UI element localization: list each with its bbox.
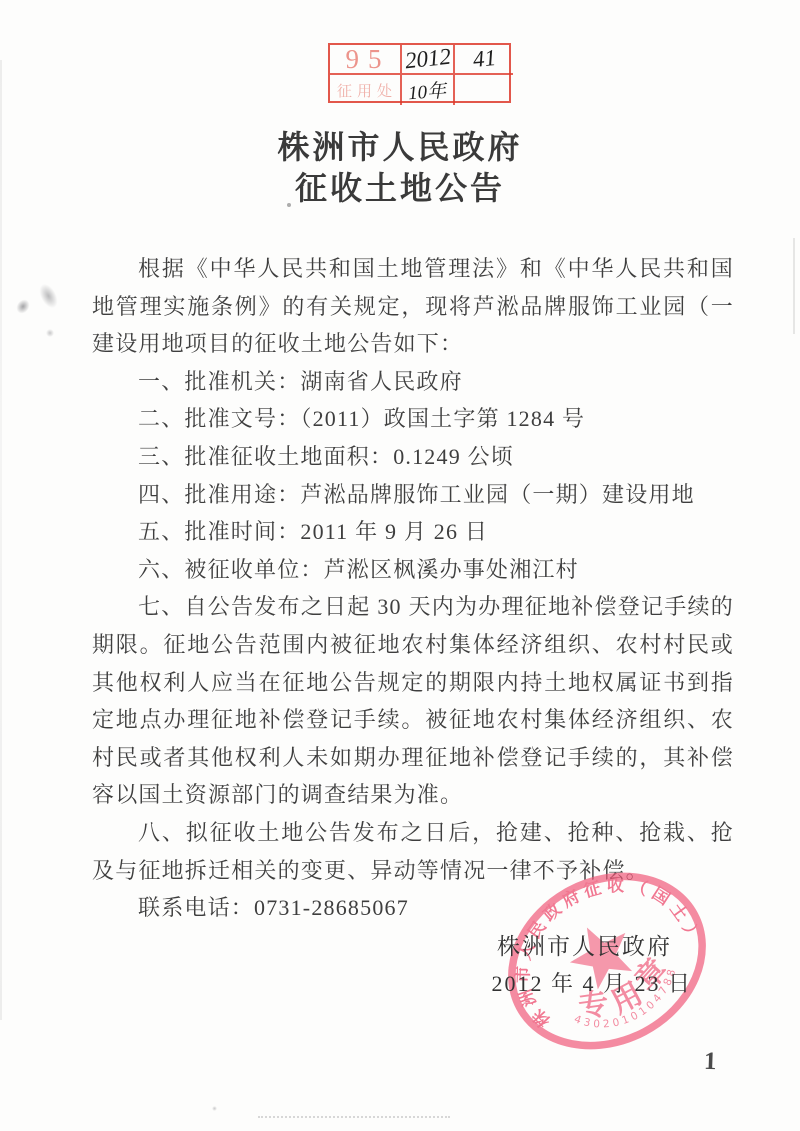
scan-edge-artifact [793, 238, 795, 334]
document-title-subject: 征收土地公告 [0, 163, 800, 209]
registry-stamp-cell: 征用处 [330, 75, 402, 105]
registry-stamp-cell: 10年 [402, 75, 455, 105]
registry-stamp-cell: 95 [330, 45, 402, 75]
body-line-item-4: 四、批准用途：芦淞品牌服饰工业园（一期）建设用地 [92, 476, 734, 514]
body-line: 建设用地项目的征收土地公告如下： [92, 325, 734, 363]
body-line-item-5: 五、批准时间：2011 年 9 月 26 日 [92, 513, 734, 551]
signature-organization: 株洲市人民政府 [497, 928, 672, 961]
scan-dotted-artifact [258, 1116, 450, 1118]
scan-smudge [14, 297, 32, 316]
registry-stamp: 95 2012 41 征用处 10年 [328, 43, 511, 103]
signature-date: 2012 年 4 月 23 日 [491, 967, 692, 998]
registry-number: 95 [340, 44, 391, 75]
scan-edge-artifact [0, 60, 2, 1020]
official-seal: 株洲市人民政府征收（国土） 专 用 章 4302010104788 [497, 871, 717, 1051]
scan-dot [287, 203, 291, 207]
registry-stamp-cell: 41 [455, 45, 513, 75]
body-line-item-7: 七、自公告发布之日起 30 天内为办理征地补偿登记手续的 [92, 588, 734, 626]
scan-smudge [212, 1106, 217, 1111]
body-line-item-1: 一、批准机关：湖南省人民政府 [92, 363, 734, 401]
registry-stamp-cell: 2012 [402, 45, 455, 75]
body-line-item-8: 八、拟征收土地公告发布之日后，抢建、抢种、抢栽、抢挖 [92, 814, 734, 852]
registry-office-label: 征用处 [333, 80, 397, 101]
body-line: 容以国土资源部门的调查结果为准。 [92, 776, 734, 814]
handwritten-duration: 10年 [408, 75, 448, 105]
document-title-issuer: 株洲市人民政府 [0, 122, 800, 168]
handwritten-number: 41 [471, 45, 497, 73]
announcement-body: 根据《中华人民共和国土地管理法》和《中华人民共和国土 地管理实施条例》的有关规定… [92, 250, 734, 927]
handwritten-year: 2012 [403, 44, 451, 75]
page-number: 1 [704, 1048, 717, 1076]
scanned-document-page: 95 2012 41 征用处 10年 株洲市人民政府 征收土地公告 根据《中华人… [0, 0, 800, 1131]
body-line: 村民或者其他权利人未如期办理征地补偿登记手续的，其补偿内 [92, 739, 734, 777]
body-line-item-2: 二、批准文号：（2011）政国土字第 1284 号 [92, 400, 734, 438]
body-line: 根据《中华人民共和国土地管理法》和《中华人民共和国土 [92, 250, 734, 288]
body-line: 期限。征地公告范围内被征地农村集体经济组织、农村村民或者 [92, 626, 734, 664]
body-line: 地管理实施条例》的有关规定，现将芦淞品牌服饰工业园（一期） [92, 288, 734, 326]
body-line-item-6: 六、被征收单位：芦淞区枫溪办事处湘江村 [92, 551, 734, 589]
registry-stamp-cell [455, 75, 513, 105]
body-line: 定地点办理征地补偿登记手续。被征地农村集体经济组织、农村 [92, 701, 734, 739]
body-line-item-3: 三、批准征收土地面积：0.1249 公顷 [92, 438, 734, 476]
scan-smudge [36, 281, 61, 311]
scan-smudge [46, 329, 54, 337]
body-line: 其他权利人应当在征地公告规定的期限内持土地权属证书到指 [92, 664, 734, 702]
